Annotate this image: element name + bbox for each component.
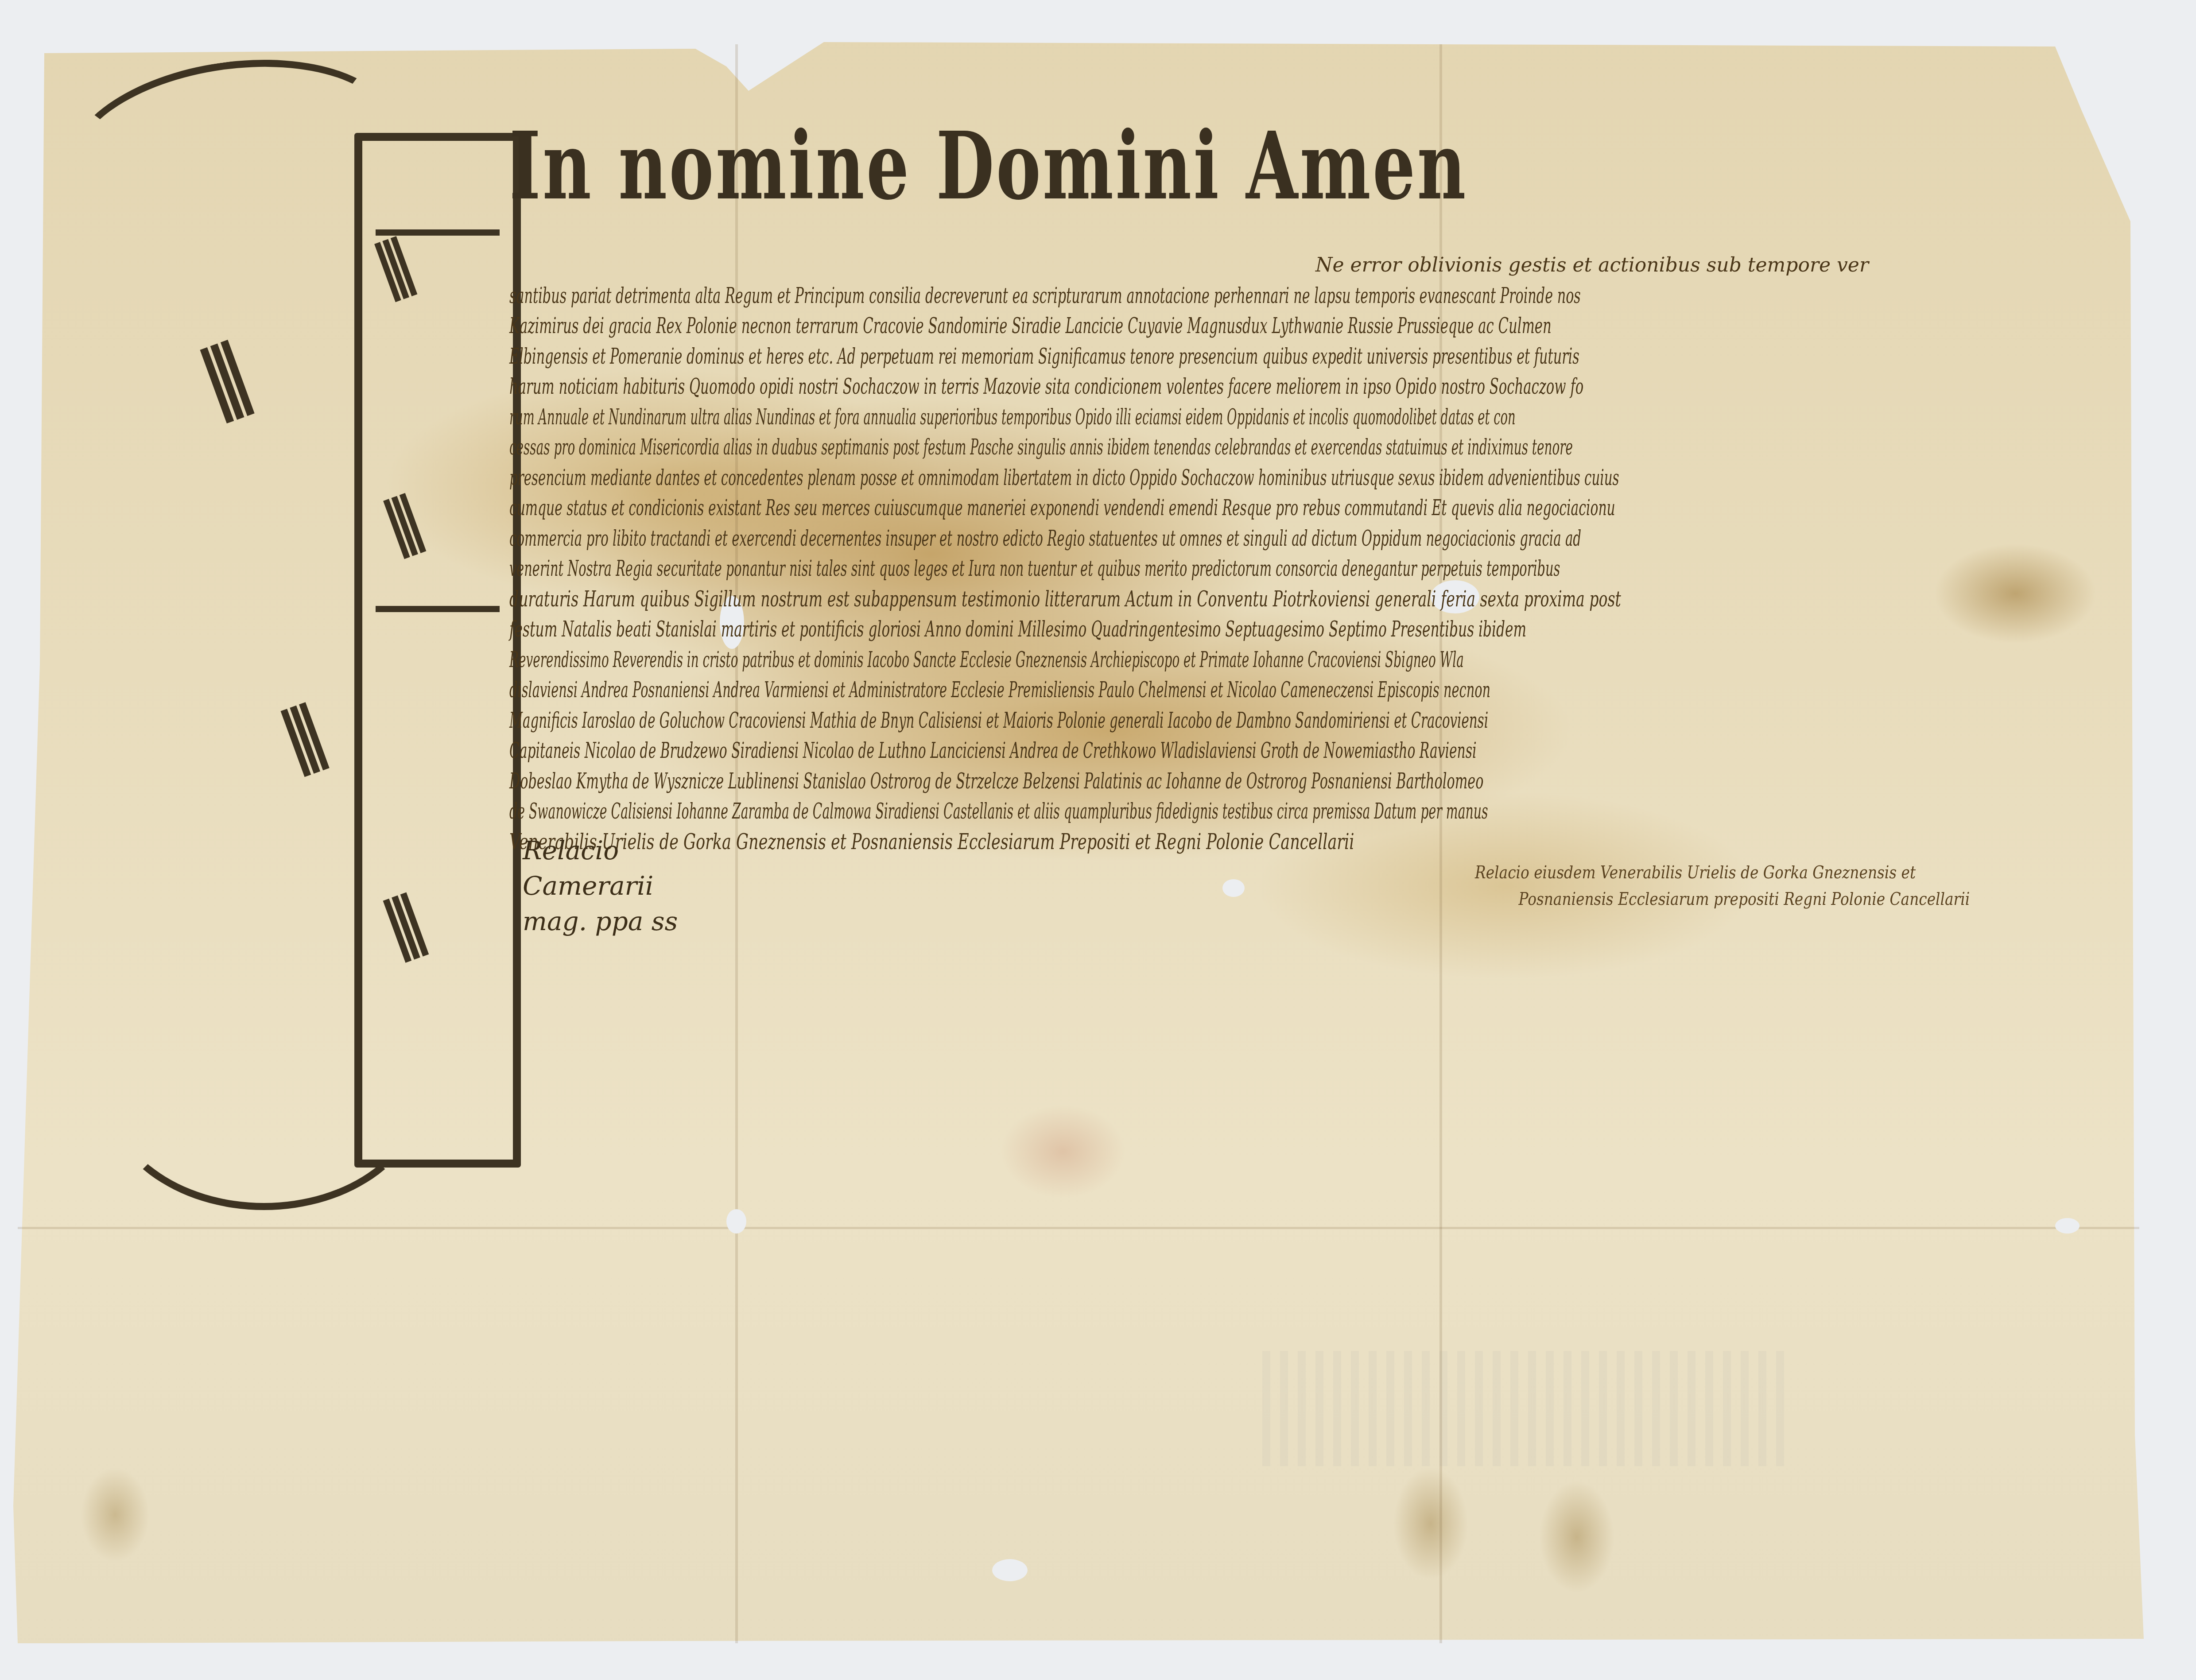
text-line: Dobeslao Kmytha de Wysznicze Lublinensi … bbox=[509, 766, 1416, 797]
parchment-hole bbox=[2055, 1218, 2080, 1234]
text-line: harum noticiam habituris Quomodo opidi n… bbox=[509, 372, 1431, 402]
text-line: Kazimirus dei gracia Rex Polonie necnon … bbox=[509, 311, 1431, 341]
text-line: de Swanowicze Calisiensi Iohanne Zaramba… bbox=[509, 796, 1359, 827]
text-line: cessas pro dominica Misericordia alias i… bbox=[509, 432, 1344, 463]
chancery-note: Relacio eiusdem Venerabilis Urielis de G… bbox=[1475, 859, 1896, 912]
chancery-note-line: Relacio eiusdem Venerabilis Urielis de G… bbox=[1475, 859, 1820, 886]
parchment-hole bbox=[992, 1559, 1028, 1581]
charter-heading: In nomine Domini Amen bbox=[509, 120, 1468, 213]
text-line: festum Natalis beati Stanislai martiris … bbox=[509, 614, 1445, 645]
signature-line: mag. ppa ss bbox=[523, 904, 709, 939]
text-line: dislaviensi Andrea Posnaniensi Andrea Va… bbox=[509, 675, 1373, 706]
faded-verso-text bbox=[1262, 1351, 1794, 1466]
text-line: rum Annuale et Nundinarum ultra alias Nu… bbox=[509, 402, 1330, 433]
parchment-hole bbox=[726, 1209, 746, 1234]
relacio-signature: Relacio Camerarii mag. ppa ss bbox=[523, 833, 709, 939]
text-line: Reverendissimo Reverendis in cristo patr… bbox=[509, 645, 1344, 675]
text-line: venerint Nostra Regia securitate ponantu… bbox=[509, 554, 1373, 584]
text-line: Elbingensis et Pomeranie dominus et here… bbox=[509, 341, 1416, 372]
text-line: Magnificis Iaroslao de Goluchow Cracovie… bbox=[509, 706, 1388, 736]
parchment-hole bbox=[1222, 879, 1245, 897]
chancery-note-line: Posnaniensis Ecclesiarum prepositi Regni… bbox=[1475, 886, 1820, 912]
text-line: Ne error oblivionis gestis et actionibus… bbox=[509, 250, 1949, 281]
signature-line: Relacio Camerarii bbox=[523, 833, 709, 904]
text-line: commercia pro libito tractandi et exerce… bbox=[509, 524, 1388, 554]
initial-flourish-bottom bbox=[102, 966, 426, 1210]
text-line: presencium mediante dantes et concedente… bbox=[509, 463, 1388, 493]
text-line: duraturis Harum quibus Sigillum nostrum … bbox=[509, 584, 1503, 615]
text-line: cumque status et condicionis existant Re… bbox=[509, 493, 1402, 524]
text-line: Capitaneis Nicolao de Brudzewo Siradiens… bbox=[509, 736, 1402, 766]
fold-line-horizontal bbox=[18, 1227, 2139, 1229]
text-line: santibus pariat detrimenta alta Regum et… bbox=[509, 281, 1416, 311]
charter-body: Ne error oblivionis gestis et actionibus… bbox=[509, 250, 1949, 857]
